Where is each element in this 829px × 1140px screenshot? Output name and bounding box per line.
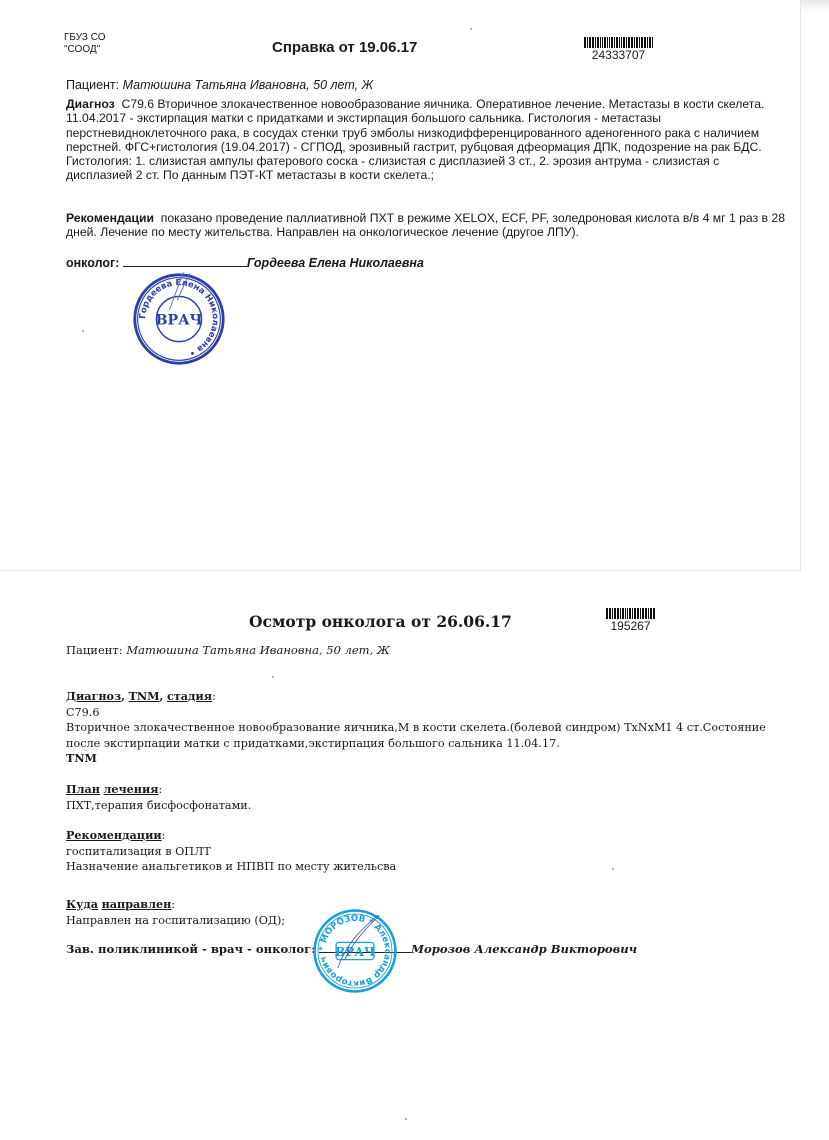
organization-line-2: "СООД"	[64, 44, 105, 56]
diagnosis-text: Вторичное злокачественное новообразовани…	[66, 720, 766, 751]
recommendations-section: Рекомендации: госпитализация в ОПЛТ Назн…	[66, 828, 766, 875]
barcode-number: 195267	[610, 620, 650, 633]
doctor-stamp-icon: Гордеева Елена Николаевна • ВРАЧ	[132, 272, 226, 366]
heading-word: направлен	[102, 897, 172, 911]
recommendation-line: Назначение анальгетиков и НПВП по месту …	[66, 859, 766, 875]
barcode-icon	[606, 608, 655, 619]
patient-name: Матюшина Татьяна Ивановна, 50 лет, Ж	[123, 78, 373, 92]
heading-word: Куда	[66, 897, 98, 911]
certificate-title: Справка от 19.06.17	[272, 39, 417, 56]
signature-underline	[123, 256, 247, 267]
referral-section: Куда направлен: Направлен на госпитализа…	[66, 897, 766, 928]
tnm-label: TNM	[66, 751, 766, 767]
svg-text:ВРАЧ: ВРАЧ	[156, 313, 203, 329]
recommendations-text: показано проведение паллиативной ПХТ в р…	[66, 211, 785, 239]
diagnosis-text: C79.6 Вторичное злокачественное новообра…	[66, 97, 764, 182]
recommendations-block: Рекомендации показано проведение паллиат…	[66, 211, 788, 240]
heading-word: лечения	[103, 782, 158, 796]
diagnosis-section: Диагноз, TNM, стадия: C79.6 Вторичное зл…	[66, 689, 766, 767]
heading-word: План	[66, 782, 100, 796]
signature-name: Гордеева Елена Николаевна	[247, 256, 424, 270]
heading-word: Рекомендации	[66, 828, 162, 842]
plan-text: ПХТ,терапия бисфосфонатами.	[66, 798, 766, 814]
treatment-plan-section: План лечения: ПХТ,терапия бисфосфонатами…	[66, 782, 766, 813]
patient-label: Пациент:	[66, 78, 119, 92]
signature-role: Зав. поликлиникой - врач - онколог:	[66, 942, 315, 956]
doctor-stamp-icon: * МОРОЗОВ * Александр Викторович ВРАЧ	[312, 908, 398, 994]
patient-line: Пациент: Матюшина Татьяна Ивановна, 50 л…	[66, 78, 373, 92]
signature-line: онколог: Гордеева Елена Николаевна	[66, 256, 424, 270]
exam-title: Осмотр онколога от 26.06.17	[249, 612, 512, 631]
referral-text: Направлен на госпитализацию (ОД);	[66, 913, 766, 929]
patient-line: Пациент: Матюшина Татьяна Ивановна, 50 л…	[66, 643, 390, 659]
organization-name: ГБУЗ СО "СООД"	[64, 32, 105, 56]
referral-heading: Куда направлен:	[66, 897, 766, 913]
barcode-number: 24333707	[592, 49, 645, 62]
heading-word: Диагноз	[66, 689, 121, 703]
patient-name: Матюшина Татьяна Ивановна, 50 лет, Ж	[126, 643, 390, 657]
heading-word: TNM	[129, 689, 160, 703]
barcode-icon	[584, 37, 653, 48]
signature-name: Морозов Александр Викторович	[411, 942, 637, 956]
recommendations-heading: Рекомендации:	[66, 828, 766, 844]
signature-role: онколог:	[66, 256, 119, 270]
heading-word: стадия	[167, 689, 212, 703]
diagnosis-block: Диагноз C79.6 Вторичное злокачественное …	[66, 97, 788, 183]
barcode: 195267	[606, 608, 655, 633]
diagnosis-label: Диагноз	[66, 97, 115, 111]
organization-line-1: ГБУЗ СО	[64, 32, 105, 44]
diagnosis-heading: Диагноз, TNM, стадия:	[66, 689, 766, 705]
diagnosis-code: C79.6	[66, 705, 766, 721]
recommendation-line: госпитализация в ОПЛТ	[66, 844, 766, 860]
certificate-sheet: ГБУЗ СО "СООД" Справка от 19.06.17 24333…	[0, 0, 801, 570]
barcode: 24333707	[584, 37, 653, 62]
patient-label: Пациент:	[66, 643, 123, 657]
svg-text:ВРАЧ: ВРАЧ	[335, 945, 375, 959]
plan-heading: План лечения:	[66, 782, 766, 798]
recommendations-label: Рекомендации	[66, 211, 154, 225]
